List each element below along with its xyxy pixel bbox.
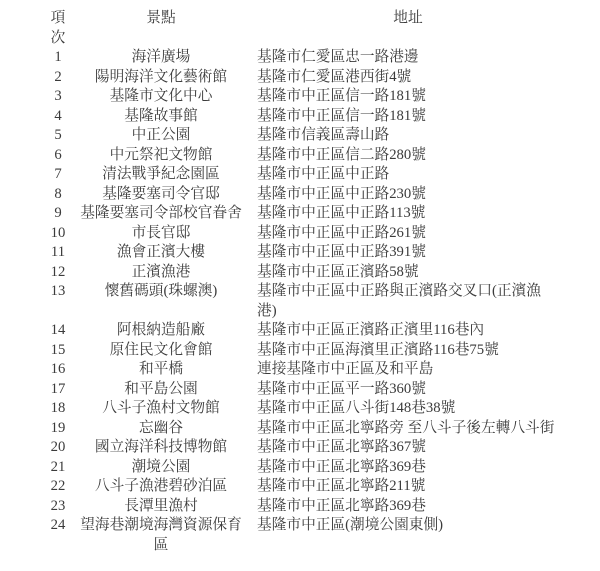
table-row: 6 中元祭祀文物館 基隆市中正區信二路280號 — [42, 146, 559, 166]
attraction-name: 陽明海洋文化藝術館 — [74, 68, 248, 88]
row-index: 19 — [42, 419, 74, 439]
attraction-address: 基隆市中正區北寧路369巷 — [248, 497, 559, 517]
row-index: 17 — [42, 380, 74, 400]
table-row: 13 懷舊碼頭(珠螺澳) 基隆市中正區中正路與正濱路交叉口(正濱漁港) — [42, 282, 559, 321]
attraction-name: 市長官邸 — [74, 224, 248, 244]
table-row: 3 基隆市文化中心 基隆市中正區信一路181號 — [42, 87, 559, 107]
row-index: 14 — [42, 321, 74, 341]
attraction-address: 基隆市中正區中正路 — [248, 165, 559, 185]
attraction-address: 基隆市中正區中正路113號 — [248, 204, 559, 224]
attraction-address: 基隆市中正區(潮境公園東側) — [248, 516, 559, 555]
attraction-name: 國立海洋科技博物館 — [74, 438, 248, 458]
row-index: 2 — [42, 68, 74, 88]
attraction-address: 基隆市信義區壽山路 — [248, 126, 559, 146]
row-index: 1 — [42, 48, 74, 68]
attraction-name: 中元祭祀文物館 — [74, 146, 248, 166]
attraction-name: 忘幽谷 — [74, 419, 248, 439]
attractions-table: 項次 景點 地址 1 海洋廣場 基隆市仁愛區忠一路港邊 2 陽明海洋文化藝術館 … — [42, 9, 559, 555]
attraction-name: 漁會正濱大樓 — [74, 243, 248, 263]
attraction-name: 清法戰爭紀念園區 — [74, 165, 248, 185]
attraction-address: 基隆市中正區平一路360號 — [248, 380, 559, 400]
table-row: 2 陽明海洋文化藝術館 基隆市仁愛區港西街4號 — [42, 68, 559, 88]
table-row: 8 基隆要塞司令官邸 基隆市中正區中正路230號 — [42, 185, 559, 205]
table-row: 17 和平島公園 基隆市中正區平一路360號 — [42, 380, 559, 400]
attraction-name: 和平島公園 — [74, 380, 248, 400]
row-index: 4 — [42, 107, 74, 127]
attraction-name: 潮境公園 — [74, 458, 248, 478]
table-body: 1 海洋廣場 基隆市仁愛區忠一路港邊 2 陽明海洋文化藝術館 基隆市仁愛區港西街… — [42, 48, 559, 555]
attraction-name: 基隆要塞司令官邸 — [74, 185, 248, 205]
attraction-address: 基隆市中正區正濱路正濱里116巷內 — [248, 321, 559, 341]
table-row: 1 海洋廣場 基隆市仁愛區忠一路港邊 — [42, 48, 559, 68]
attraction-name: 阿根納造船廠 — [74, 321, 248, 341]
attraction-name: 原住民文化會館 — [74, 341, 248, 361]
attraction-name: 中正公園 — [74, 126, 248, 146]
row-index: 5 — [42, 126, 74, 146]
table-row: 16 和平橋 連接基隆市中正區及和平島 — [42, 360, 559, 380]
row-index: 16 — [42, 360, 74, 380]
table-row: 23 長潭里漁村 基隆市中正區北寧路369巷 — [42, 497, 559, 517]
attraction-address: 基隆市中正區信二路280號 — [248, 146, 559, 166]
column-header-name: 景點 — [74, 9, 248, 48]
row-index: 7 — [42, 165, 74, 185]
column-header-address: 地址 — [248, 9, 559, 48]
row-index: 21 — [42, 458, 74, 478]
attraction-address: 基隆市中正區北寧路367號 — [248, 438, 559, 458]
attraction-name: 八斗子漁村文物館 — [74, 399, 248, 419]
row-index: 9 — [42, 204, 74, 224]
table-row: 10 市長官邸 基隆市中正區中正路261號 — [42, 224, 559, 244]
attraction-address: 基隆市中正區八斗街148巷38號 — [248, 399, 559, 419]
table-row: 22 八斗子漁港碧砂泊區 基隆市中正區北寧路211號 — [42, 477, 559, 497]
row-index: 13 — [42, 282, 74, 321]
table-row: 12 正濱漁港 基隆市中正區正濱路58號 — [42, 263, 559, 283]
attraction-name: 正濱漁港 — [74, 263, 248, 283]
table-row: 18 八斗子漁村文物館 基隆市中正區八斗街148巷38號 — [42, 399, 559, 419]
attraction-name: 和平橋 — [74, 360, 248, 380]
attraction-address: 基隆市仁愛區忠一路港邊 — [248, 48, 559, 68]
row-index: 8 — [42, 185, 74, 205]
attraction-address: 基隆市中正區正濱路58號 — [248, 263, 559, 283]
row-index: 20 — [42, 438, 74, 458]
table-row: 9 基隆要塞司令部校官眷舍 基隆市中正區中正路113號 — [42, 204, 559, 224]
attraction-address: 基隆市中正區信一路181號 — [248, 107, 559, 127]
row-index: 12 — [42, 263, 74, 283]
row-index: 23 — [42, 497, 74, 517]
table-row: 14 阿根納造船廠 基隆市中正區正濱路正濱里116巷內 — [42, 321, 559, 341]
table-row: 20 國立海洋科技博物館 基隆市中正區北寧路367號 — [42, 438, 559, 458]
attraction-address: 基隆市仁愛區港西街4號 — [248, 68, 559, 88]
row-index: 24 — [42, 516, 74, 555]
table-row: 7 清法戰爭紀念園區 基隆市中正區中正路 — [42, 165, 559, 185]
attraction-name: 懷舊碼頭(珠螺澳) — [74, 282, 248, 321]
header-row: 項次 景點 地址 — [42, 9, 559, 48]
row-index: 22 — [42, 477, 74, 497]
table-row: 15 原住民文化會館 基隆市中正區海濱里正濱路116巷75號 — [42, 341, 559, 361]
attraction-name: 長潭里漁村 — [74, 497, 248, 517]
attraction-name: 基隆市文化中心 — [74, 87, 248, 107]
attraction-name: 基隆故事館 — [74, 107, 248, 127]
attraction-name: 基隆要塞司令部校官眷舍 — [74, 204, 248, 224]
table-row: 5 中正公園 基隆市信義區壽山路 — [42, 126, 559, 146]
table-row: 4 基隆故事館 基隆市中正區信一路181號 — [42, 107, 559, 127]
table-row: 11 漁會正濱大樓 基隆市中正區中正路391號 — [42, 243, 559, 263]
table-row: 24 望海巷潮境海灣資源保育區 基隆市中正區(潮境公園東側) — [42, 516, 559, 555]
attraction-address: 基隆市中正區中正路261號 — [248, 224, 559, 244]
attraction-address: 基隆市中正區信一路181號 — [248, 87, 559, 107]
row-index: 18 — [42, 399, 74, 419]
attraction-address: 基隆市中正區北寧路旁 至八斗子後左轉八斗街 — [248, 419, 559, 439]
attraction-address: 基隆市中正區中正路230號 — [248, 185, 559, 205]
row-index: 11 — [42, 243, 74, 263]
row-index: 6 — [42, 146, 74, 166]
attraction-name: 海洋廣場 — [74, 48, 248, 68]
attraction-address: 基隆市中正區中正路391號 — [248, 243, 559, 263]
table-header: 項次 景點 地址 — [42, 9, 559, 48]
row-index: 15 — [42, 341, 74, 361]
attraction-address: 基隆市中正區北寧路211號 — [248, 477, 559, 497]
attraction-address: 基隆市中正區海濱里正濱路116巷75號 — [248, 341, 559, 361]
table-row: 21 潮境公園 基隆市中正區北寧路369巷 — [42, 458, 559, 478]
table-row: 19 忘幽谷 基隆市中正區北寧路旁 至八斗子後左轉八斗街 — [42, 419, 559, 439]
attraction-name: 八斗子漁港碧砂泊區 — [74, 477, 248, 497]
attraction-address: 基隆市中正區中正路與正濱路交叉口(正濱漁港) — [248, 282, 559, 321]
attraction-name: 望海巷潮境海灣資源保育區 — [74, 516, 248, 555]
row-index: 3 — [42, 87, 74, 107]
column-header-index: 項次 — [42, 9, 74, 48]
attraction-address: 基隆市中正區北寧路369巷 — [248, 458, 559, 478]
attraction-address: 連接基隆市中正區及和平島 — [248, 360, 559, 380]
row-index: 10 — [42, 224, 74, 244]
